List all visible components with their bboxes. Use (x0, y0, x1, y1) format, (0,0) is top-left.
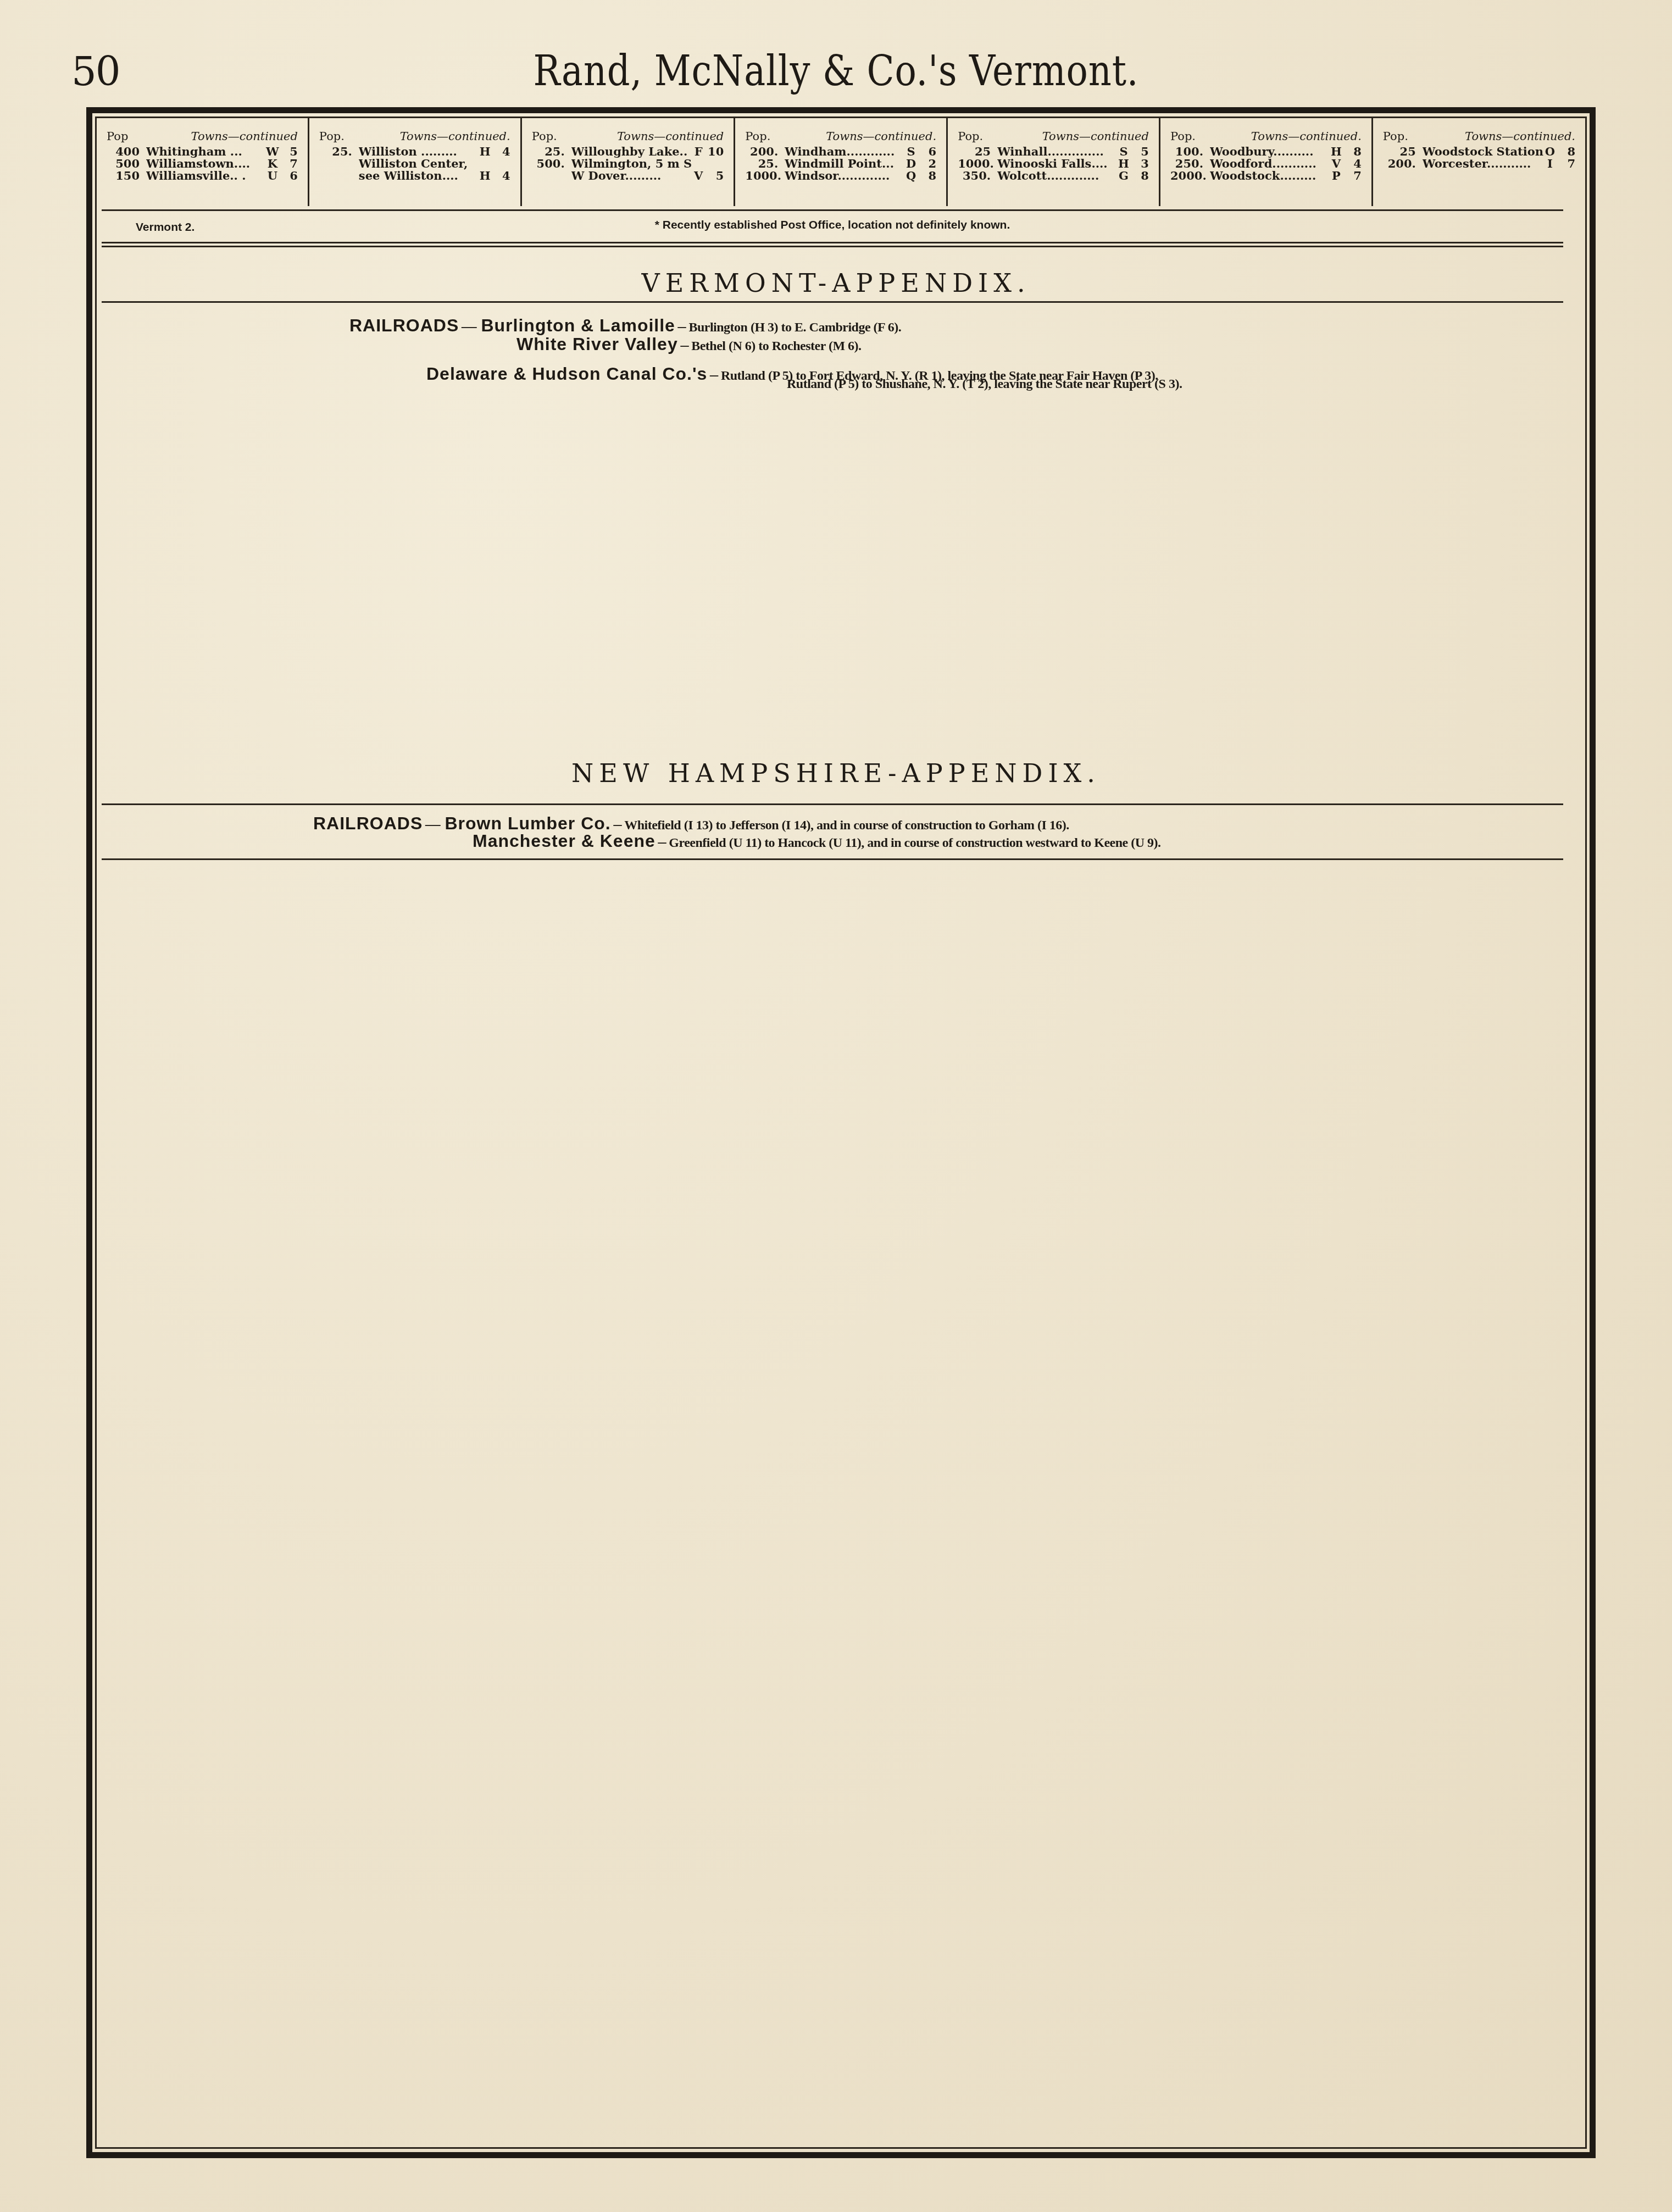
town-name: Wilmington, 5 m S (571, 158, 692, 170)
pop-header: Pop. (958, 130, 983, 142)
town-name: Windsor............. (785, 170, 904, 182)
town-name: Williston Center, (359, 158, 479, 170)
town-name: Williamstown.... (146, 158, 266, 170)
footnote-double-rule-1 (102, 242, 1563, 243)
page-number: 50 (71, 48, 120, 95)
town-name: Windmill Point... (785, 158, 904, 170)
grid-letter: K (266, 158, 279, 170)
town-entry: 25.Williston .........H4 (319, 146, 510, 158)
column-header: Pop.Towns—continued (958, 130, 1149, 142)
town-population: 500 (107, 158, 146, 170)
town-population: 400 (107, 146, 146, 158)
grid-number: 8 (1557, 146, 1575, 158)
town-entry: 25Woodstock StationO8 (1383, 146, 1575, 158)
town-entry: Williston Center, (319, 158, 510, 170)
railroad-name: Manchester & Keene (473, 831, 656, 851)
town-name: Woodstock Station (1423, 146, 1543, 158)
town-name: Woodbury.......... (1210, 146, 1330, 158)
grid-number: 3 (1130, 158, 1149, 170)
town-entry: 200.Worcester...........I7 (1383, 158, 1575, 170)
town-population: 100. (1170, 146, 1210, 158)
new-hampshire-appendix-rule (102, 803, 1563, 805)
town-name: Winooski Falls.... (997, 158, 1117, 170)
town-name: Winhall.............. (997, 146, 1117, 158)
town-entry: 100.Woodbury..........H8 (1170, 146, 1362, 158)
town-population: 200. (745, 146, 785, 158)
town-entry: 250.Woodford...........V4 (1170, 158, 1362, 170)
table-bottom-rule (102, 209, 1563, 211)
grid-letter: V (692, 170, 705, 182)
town-entry: 500Williamstown....K7 (107, 158, 298, 170)
index-column: Pop.Towns—continued.100.Woodbury........… (1160, 118, 1373, 206)
town-entry: 500.Wilmington, 5 m S (532, 158, 724, 170)
town-population: 250. (1170, 158, 1210, 170)
grid-letter: D (904, 158, 918, 170)
town-name: Worcester........... (1423, 158, 1543, 170)
town-entry: 200.Windham............S6 (745, 146, 936, 158)
town-population: 2000. (1170, 170, 1210, 182)
grid-letter: P (1330, 170, 1343, 182)
town-entry: W Dover.........V5 (532, 170, 724, 182)
town-entry: see Williston....H4 (319, 170, 510, 182)
town-name: Whitingham ... (146, 146, 266, 158)
town-population: 25 (958, 146, 997, 158)
towns-header: Towns—continued (191, 130, 298, 142)
footnote-double-rule-2 (102, 246, 1563, 247)
railroad-name: Delaware & Hudson Canal Co.'s (426, 364, 707, 384)
grid-letter: W (266, 146, 279, 158)
grid-letter: H (479, 170, 492, 182)
grid-letter: F (692, 146, 705, 158)
town-population: 150 (107, 170, 146, 182)
grid-number: 10 (705, 146, 724, 158)
town-population: 1000. (745, 170, 785, 182)
grid-letter: H (1117, 158, 1130, 170)
town-population: 500. (532, 158, 571, 170)
railroad-route: Rutland (P 5) to Shushane, N. Y. (T 2), … (787, 377, 1182, 391)
new-hampshire-appendix-title: NEW HAMPSHIRE-APPENDIX. (0, 758, 1672, 788)
grid-number: 6 (279, 170, 298, 182)
town-name: Woodstock......... (1210, 170, 1330, 182)
towns-header: Towns—continued (617, 130, 724, 142)
grid-number: 4 (492, 146, 510, 158)
towns-header: Towns—continued. (826, 130, 936, 142)
column-header: Pop.Towns—continued. (319, 130, 510, 142)
town-entry: 2000.Woodstock.........P7 (1170, 170, 1362, 182)
dash: – (613, 816, 622, 833)
town-population: 25. (745, 158, 785, 170)
grid-letter: Q (904, 170, 918, 182)
dash: – (677, 318, 686, 335)
towns-header: Towns—continued (1042, 130, 1149, 142)
index-column: Pop.Towns—continued.200.Windham.........… (735, 118, 948, 206)
town-name: Windham............ (785, 146, 904, 158)
railroads-label: RAILROADS (349, 315, 459, 335)
pop-header: Pop. (1170, 130, 1196, 142)
town-population: 25 (1383, 146, 1423, 158)
town-name: see Williston.... (359, 170, 479, 182)
railroad-route: Greenfield (U 11) to Hancock (U 11), and… (669, 836, 1160, 850)
town-population (319, 170, 359, 182)
pop-header: Pop. (319, 130, 345, 142)
railroad-route: Bethel (N 6) to Rochester (M 6). (691, 339, 861, 353)
town-name: Wolcott............. (997, 170, 1117, 182)
town-entry: 25.Willoughby Lake..F10 (532, 146, 724, 158)
index-column: Pop.Towns—continued25.Willoughby Lake..F… (522, 118, 736, 206)
pop-header: Pop. (1383, 130, 1408, 142)
dash: – (658, 833, 666, 850)
railroad-route: Burlington (H 3) to E. Cambridge (F 6). (688, 320, 901, 335)
grid-letter: G (1117, 170, 1130, 182)
grid-number: 2 (918, 158, 936, 170)
town-population (532, 170, 571, 182)
town-entry: 25.Windmill Point...D2 (745, 158, 936, 170)
index-column: Pop.Towns—continued.25.Williston .......… (309, 118, 522, 206)
town-entry: 400Whitingham ...W5 (107, 146, 298, 158)
grid-number: 4 (492, 170, 510, 182)
index-column: PopTowns—continued400Whitingham ...W5500… (97, 118, 309, 206)
dash: — (425, 816, 445, 833)
railroad-name: Burlington & Lamoille (481, 315, 675, 335)
railroad-name: Brown Lumber Co. (445, 813, 610, 833)
footnote-row: Vermont 2. * Recently established Post O… (102, 215, 1563, 237)
dash: – (710, 366, 719, 383)
grid-number: 8 (1130, 170, 1149, 182)
grid-number: 8 (918, 170, 936, 182)
town-population: 1000. (958, 158, 997, 170)
grid-letter: O (1543, 146, 1557, 158)
town-entry: 25Winhall..............S5 (958, 146, 1149, 158)
town-name: Woodford........... (1210, 158, 1330, 170)
grid-letter: H (479, 146, 492, 158)
grid-letter: I (1543, 158, 1557, 170)
pop-header: Pop (107, 130, 128, 142)
towns-header: Towns—continued. (1465, 130, 1575, 142)
town-entry: 1000.Windsor.............Q8 (745, 170, 936, 182)
grid-number: 5 (1130, 146, 1149, 158)
town-entry: 1000.Winooski Falls....H3 (958, 158, 1149, 170)
grid-number: 7 (279, 158, 298, 170)
town-name: Willoughby Lake.. (571, 146, 692, 158)
column-header: Pop.Towns—continued. (1383, 130, 1575, 142)
grid-letter: U (266, 170, 279, 182)
vermont-appendix-title: VERMONT-APPENDIX. (0, 268, 1672, 298)
town-name: Williston ......... (359, 146, 479, 158)
grid-number: 7 (1557, 158, 1575, 170)
towns-header: Towns—continued. (400, 130, 510, 142)
towns-index-table: PopTowns—continued400Whitingham ...W5500… (97, 118, 1585, 206)
running-title: Rand, McNally & Co.'s Vermont. (117, 46, 1555, 95)
town-entry: 350.Wolcott.............G8 (958, 170, 1149, 182)
inner-frame (95, 117, 1587, 2149)
grid-number: 8 (1343, 146, 1362, 158)
railroads-label: RAILROADS (313, 813, 423, 833)
column-header: PopTowns—continued (107, 130, 298, 142)
town-population: 350. (958, 170, 997, 182)
grid-number: 5 (279, 146, 298, 158)
index-column: Pop.Towns—continued25Winhall............… (948, 118, 1160, 206)
column-header: Pop.Towns—continued. (1170, 130, 1362, 142)
vermont-appendix-rule (102, 301, 1563, 303)
pop-header: Pop. (532, 130, 557, 142)
town-entry: 150Williamsville.. .U6 (107, 170, 298, 182)
dash: — (462, 318, 481, 335)
footnote-text: * Recently established Post Office, loca… (102, 219, 1563, 232)
town-name: W Dover......... (571, 170, 692, 182)
grid-letter (479, 158, 492, 170)
town-name: Williamsville.. . (146, 170, 266, 182)
pop-header: Pop. (745, 130, 770, 142)
grid-letter: V (1330, 158, 1343, 170)
grid-letter (692, 158, 705, 170)
grid-number: 7 (1343, 170, 1362, 182)
grid-number (492, 158, 510, 170)
column-header: Pop.Towns—continued (532, 130, 724, 142)
grid-letter: S (904, 146, 918, 158)
grid-number: 4 (1343, 158, 1362, 170)
grid-letter: S (1117, 146, 1130, 158)
grid-number: 5 (705, 170, 724, 182)
new-hampshire-bottom-rule (102, 858, 1563, 860)
town-population: 25. (532, 146, 571, 158)
towns-header: Towns—continued. (1251, 130, 1362, 142)
dash: – (680, 336, 689, 353)
grid-number (705, 158, 724, 170)
column-header: Pop.Towns—continued. (745, 130, 936, 142)
grid-number: 6 (918, 146, 936, 158)
index-column: Pop.Towns—continued.25Woodstock StationO… (1373, 118, 1585, 206)
town-population (319, 158, 359, 170)
town-population: 25. (319, 146, 359, 158)
town-population: 200. (1383, 158, 1423, 170)
railroad-name: White River Valley (516, 334, 678, 354)
grid-letter: H (1330, 146, 1343, 158)
